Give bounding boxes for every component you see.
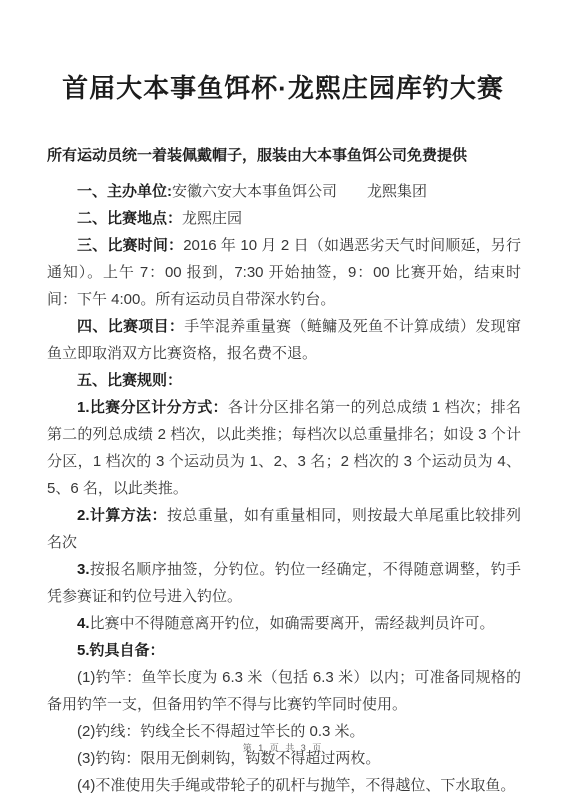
paragraph: 四、比赛项目：手竿混养重量赛（鲢鳙及死鱼不计算成绩）发现窜鱼立即取消双方比赛资格… — [47, 313, 521, 367]
paragraph: 一、主办单位:安徽六安大本事鱼饵公司 龙熙集团 — [47, 178, 521, 205]
paragraph-text: 比赛中不得随意离开钓位，如确需要离开，需经裁判员许可。 — [90, 615, 495, 632]
paragraph-label: 3. — [77, 561, 90, 578]
intro-line: 所有运动员统一着装佩戴帽子，服装由大本事鱼饵公司免费提供 — [47, 142, 521, 169]
document-page: 首届大本事鱼饵杯·龙熙庄园库钓大赛 所有运动员统一着装佩戴帽子，服装由大本事鱼饵… — [0, 0, 566, 800]
paragraph-label: 1.比赛分区计分方式： — [77, 399, 228, 416]
paragraph: 5.钓具自备： — [47, 637, 521, 664]
paragraph-text: (4)不准使用失手绳或带轮子的矶杆与抛竿，不得越位、下水取鱼。 — [77, 777, 515, 794]
paragraph-text: (2)钓线：钓线全长不得超过竿长的 0.3 米。 — [77, 723, 365, 740]
paragraph: (1)钓竿：鱼竿长度为 6.3 米（包括 6.3 米）以内；可准备同规格的备用钓… — [47, 664, 521, 718]
paragraph: 3.按报名顺序抽签，分钓位。钓位一经确定，不得随意调整，钓手凭参赛证和钓位号进入… — [47, 556, 521, 610]
document-body: 一、主办单位:安徽六安大本事鱼饵公司 龙熙集团 二、比赛地点：龙熙庄园 三、比赛… — [47, 178, 521, 799]
paragraph-label: 三、比赛时间： — [77, 237, 183, 254]
paragraph-label: 四、比赛项目： — [77, 318, 184, 335]
paragraph-text: 龙熙庄园 — [182, 210, 242, 227]
paragraph-label: 二、比赛地点： — [77, 210, 182, 227]
paragraph-label: 5.钓具自备： — [77, 642, 165, 659]
paragraph-label: 一、主办单位: — [77, 183, 172, 200]
paragraph-label: 4. — [77, 615, 90, 632]
paragraph: (4)不准使用失手绳或带轮子的矶杆与抛竿，不得越位、下水取鱼。 — [47, 772, 521, 799]
page-footer: 第 1 页 共 3 页 — [0, 741, 566, 754]
paragraph-label: 五、比赛规则： — [77, 372, 182, 389]
paragraph: 五、比赛规则： — [47, 367, 521, 394]
paragraph: 二、比赛地点：龙熙庄园 — [47, 205, 521, 232]
paragraph: 三、比赛时间：2016 年 10 月 2 日（如遇恶劣天气时间顺延，另行通知）。… — [47, 232, 521, 313]
paragraph: 4.比赛中不得随意离开钓位，如确需要离开，需经裁判员许可。 — [47, 610, 521, 637]
paragraph: 2.计算方法：按总重量，如有重量相同，则按最大单尾重比较排列名次 — [47, 502, 521, 556]
paragraph-text: 安徽六安大本事鱼饵公司 龙熙集团 — [172, 183, 427, 200]
paragraph-text: (1)钓竿：鱼竿长度为 6.3 米（包括 6.3 米）以内；可准备同规格的备用钓… — [47, 669, 521, 713]
paragraph: 1.比赛分区计分方式：各计分区排名第一的列总成绩 1 档次；排名第二的列总成绩 … — [47, 394, 521, 502]
paragraph-text: 按报名顺序抽签，分钓位。钓位一经确定，不得随意调整，钓手凭参赛证和钓位号进入钓位… — [47, 561, 521, 605]
paragraph-label: 2.计算方法： — [77, 507, 167, 524]
document-content: 所有运动员统一着装佩戴帽子，服装由大本事鱼饵公司免费提供 一、主办单位:安徽六安… — [47, 142, 521, 799]
document-title: 首届大本事鱼饵杯·龙熙庄园库钓大赛 — [0, 68, 566, 105]
